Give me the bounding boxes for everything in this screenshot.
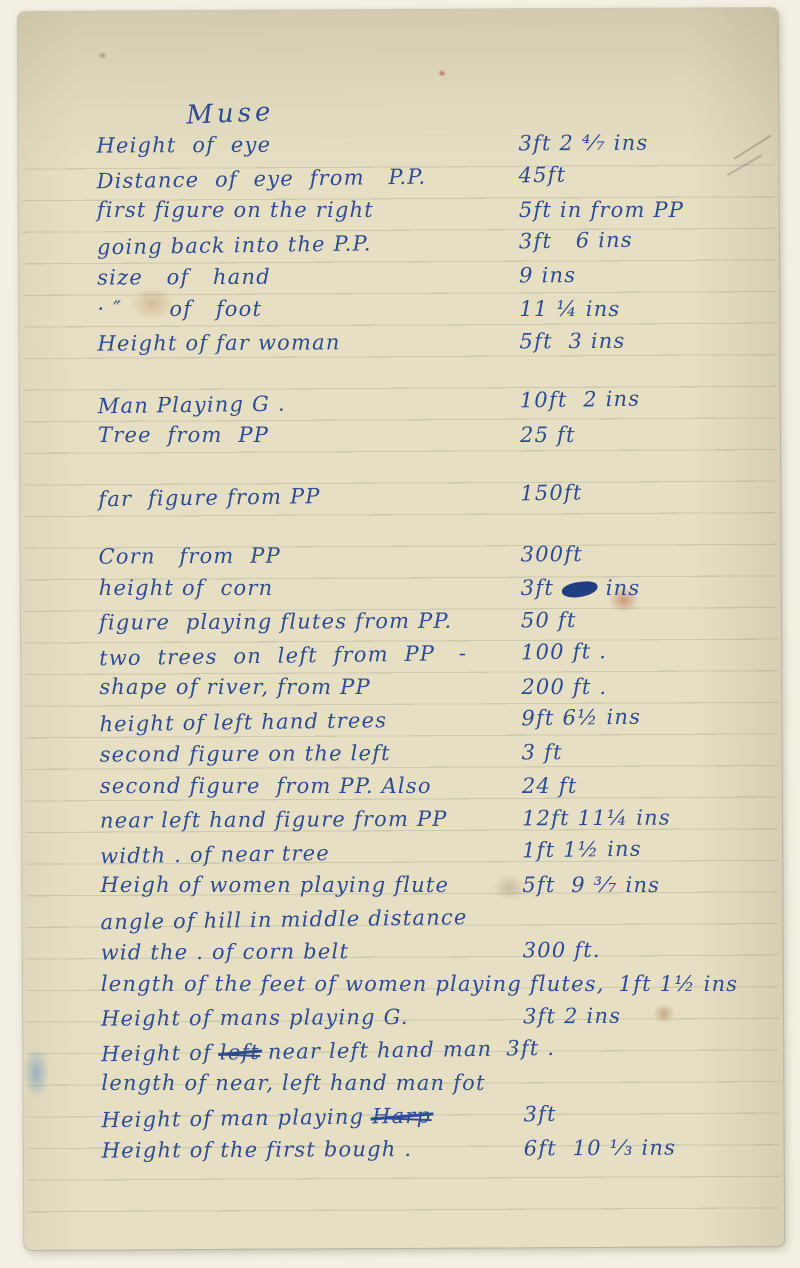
struck-text: left [220,1040,260,1065]
measurement-value: 9ft 6½ ins [521,705,641,731]
measurement-label: Height of mans playing G. [101,1005,409,1031]
measurement-value: 3ft . [506,1036,555,1061]
measurement-label: Heigh of women playing flute [100,873,449,897]
page-title: Muse [186,97,275,131]
measurement-value: 3ft 6 ins [519,228,633,254]
measurement-label: shape of river, from PP [99,675,371,699]
measurement-label: wid the . of corn belt [101,939,350,964]
measurement-row: height of corn3ft ins [21,576,781,609]
measurement-row: far figure from PP150ft [20,478,780,522]
measurement-label: Man Playing G . [98,392,286,419]
measurement-label: second figure on the left [100,741,391,767]
measurement-value: 300 ft. [523,938,601,962]
measurement-row: first figure on the right5ft in from PP [19,198,779,231]
measurement-label: height of corn [99,576,274,600]
measurement-value: 100 ft . [521,639,607,664]
measurement-value: 9 ins [519,263,576,287]
measurement-row: wid the . of corn belt300 ft. [23,937,783,974]
measurement-row: Corn from PP300ft [21,541,781,578]
measurement-label: Height of far woman [97,330,340,355]
measurement-label: going back into the P.P. [97,231,372,259]
measurement-value: 1ft 1½ ins [522,837,642,863]
measurement-row: Height of the first bough .6ft 10 ¹⁄₃ in… [24,1135,784,1172]
measurement-label: second figure from PP. Also [100,774,432,798]
measurement-row: second figure on the left3 ft [22,739,782,776]
measurement-row: · ″ of foot11 ¼ ins [19,297,779,330]
measurement-list: Height of eye3ft 2 ⁴⁄₇ insDistance of ey… [18,130,783,1172]
measurement-label: Corn from PP [99,544,281,569]
measurement-label: Height of left near left hand man [101,1037,492,1066]
measurement-label: far figure from PP [98,484,321,511]
measurement-value: 5ft 3 ins [519,329,625,354]
measurement-label: size of hand [97,265,271,290]
measurement-value: 5ft 9 ³⁄₇ ins [522,873,660,897]
measurement-value: 200 ft . [521,675,607,699]
measurement-value: 25 ft [520,423,576,447]
measurement-row: second figure from PP. Also24 ft [22,774,782,807]
measurement-value: 3ft 2 ⁴⁄₇ ins [518,131,648,156]
measurement-value: 5ft in from PP [519,198,684,222]
measurement-label: Distance of eye from P.P. [96,165,426,194]
measurement-label: height of left hand trees [99,708,387,736]
measurement-value: 3 ft [522,740,563,764]
measurement-label: near left hand figure from PP [100,807,448,833]
measurement-value: 6ft 10 ¹⁄₃ ins [524,1136,676,1161]
measurement-label: first figure on the right [97,198,374,222]
measurement-row: size of hand9 ins [19,262,779,299]
measurement-label: two trees on left from PP - [99,641,467,670]
scan-background: Muse Height of eye3ft 2 ⁴⁄₇ insDistance … [0,0,800,1268]
measurement-value: 300ft [521,542,583,566]
measurement-row: Height of far woman5ft 3 ins [19,328,779,365]
notebook-page: Muse Height of eye3ft 2 ⁴⁄₇ insDistance … [18,8,784,1250]
handwritten-content: Muse Height of eye3ft 2 ⁴⁄₇ insDistance … [18,8,784,1250]
measurement-row: length of near, left hand man fot [23,1071,783,1104]
measurement-value: 3ft ins [521,576,641,600]
measurement-label: length of near, left hand man fot [101,1071,485,1095]
measurement-value: 45ft [518,163,566,188]
measurement-label: figure playing flutes from PP. [99,609,453,635]
measurement-row: Man Playing G .10ft 2 ins [20,385,780,429]
measurement-label: Height of eye [96,133,271,158]
struck-text: Harp [372,1104,431,1129]
ink-blot [561,580,599,599]
measurement-value: 50 ft [521,608,577,632]
measurement-label: width . of near tree [100,841,330,868]
measurement-value: 11 ¼ ins [519,297,620,321]
measurement-label: Tree from PP [98,423,269,447]
measurement-label: Height of man playing Harp [101,1104,431,1133]
measurement-value: 3ft [523,1102,557,1126]
measurement-value: 24 ft [522,774,578,798]
measurement-value: 3ft 2 ins [523,1004,621,1029]
measurement-label: Height of the first bough . [102,1137,413,1163]
measurement-label: length of the feet of women playing flut… [101,972,605,996]
measurement-value: 10ft 2 ins [520,387,641,413]
measurement-value: 12ft 11¼ ins [522,806,671,831]
measurement-value: 1ft 1½ ins [619,972,739,996]
measurement-value: 150ft [520,480,583,505]
measurement-label: · ″ of foot [97,297,262,321]
measurement-row: Heigh of women playing flute5ft 9 ³⁄₇ in… [22,873,782,906]
measurement-row: Tree from PP25 ft [20,423,780,456]
measurement-row: length of the feet of women playing flut… [23,972,783,1005]
measurement-label: angle of hill in middle distance [100,905,467,934]
measurement-row: shape of river, from PP200 ft . [21,675,781,708]
